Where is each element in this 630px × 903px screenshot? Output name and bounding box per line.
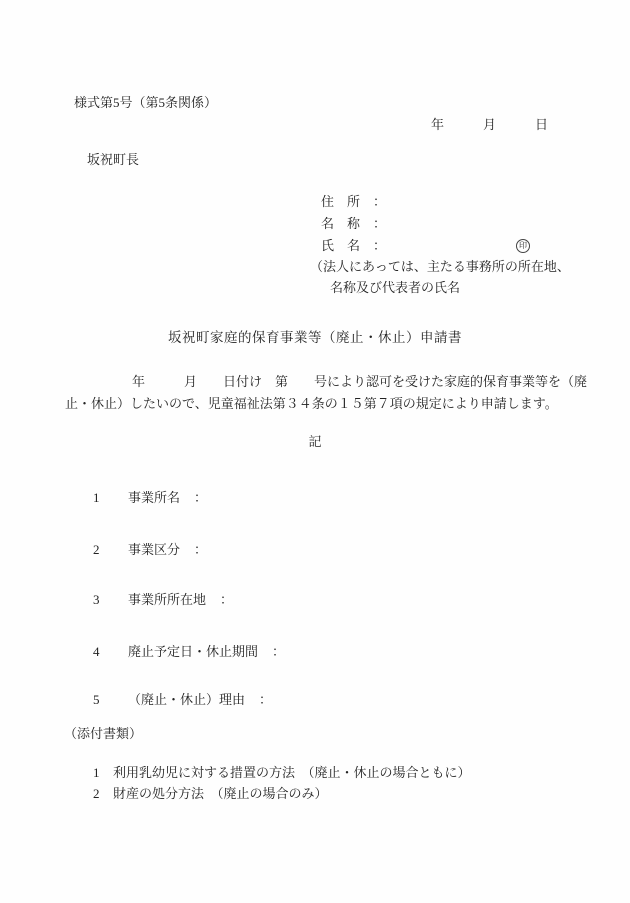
item-colon: ： (194, 542, 207, 557)
page-title: 坂祝町家庭的保育事業等（廃止・休止）申請書 (0, 330, 630, 346)
item-row-reason: 5（廃止・休止）理由： (80, 678, 272, 723)
form-number: 様式第5号（第5条関係） (74, 96, 217, 111)
item-label: 廃止予定日・休止期間 (128, 644, 258, 659)
addressee: 坂祝町長 (87, 153, 139, 168)
item-number: 2 (93, 543, 128, 558)
item-number: 1 (93, 491, 128, 506)
corporate-note-line1: （法人にあっては、主たる事務所の所在地、 (310, 260, 570, 275)
item-colon: ： (194, 490, 207, 505)
item-row-business-name: 1事業所名： (80, 476, 207, 521)
item-colon: ： (220, 592, 233, 607)
item-number: 3 (93, 593, 128, 608)
item-label: 事業区分 (128, 542, 180, 557)
date-line: 年 月 日 (431, 118, 548, 133)
seal-mark-icon: 印 (516, 239, 530, 253)
item-number: 5 (93, 693, 128, 708)
body-paragraph-line1: 年 月 日付け 第 号により認可を受けた家庭的保育事業等を（廃 (132, 375, 587, 390)
item-label: 事業所名 (128, 490, 180, 505)
attachment-row: 2財産の処分方法 （廃止の場合のみ） (80, 772, 328, 817)
item-row-abolition-date: 4廃止予定日・休止期間： (80, 630, 285, 675)
item-number: 4 (93, 645, 128, 660)
item-label: 事業所所在地 (128, 592, 206, 607)
applicant-name-label: 名 称 ： (321, 217, 386, 232)
application-form-page: 様式第5号（第5条関係） 年 月 日 坂祝町長 住 所 ： 名 称 ： 氏 名 … (0, 0, 630, 903)
item-row-business-category: 2事業区分： (80, 528, 207, 573)
attachment-number: 2 (93, 787, 113, 802)
applicant-person-name-label: 氏 名 ： (321, 239, 386, 254)
item-label: （廃止・休止）理由 (128, 692, 245, 707)
item-colon: ： (272, 644, 285, 659)
attachments-heading: （添付書類） (64, 727, 142, 742)
applicant-address-label: 住 所 ： (321, 195, 386, 210)
item-colon: ： (259, 692, 272, 707)
attachment-text: 財産の処分方法 （廃止の場合のみ） (113, 786, 328, 801)
record-heading: 記 (0, 435, 630, 450)
item-row-business-address: 3事業所所在地： (80, 578, 233, 623)
corporate-note-line2: 名称及び代表者の氏名 (330, 281, 460, 296)
seal-character: 印 (519, 241, 527, 250)
body-paragraph-line2: 止・休止）したいので、児童福祉法第３４条の１５第７項の規定により申請します。 (65, 397, 558, 412)
